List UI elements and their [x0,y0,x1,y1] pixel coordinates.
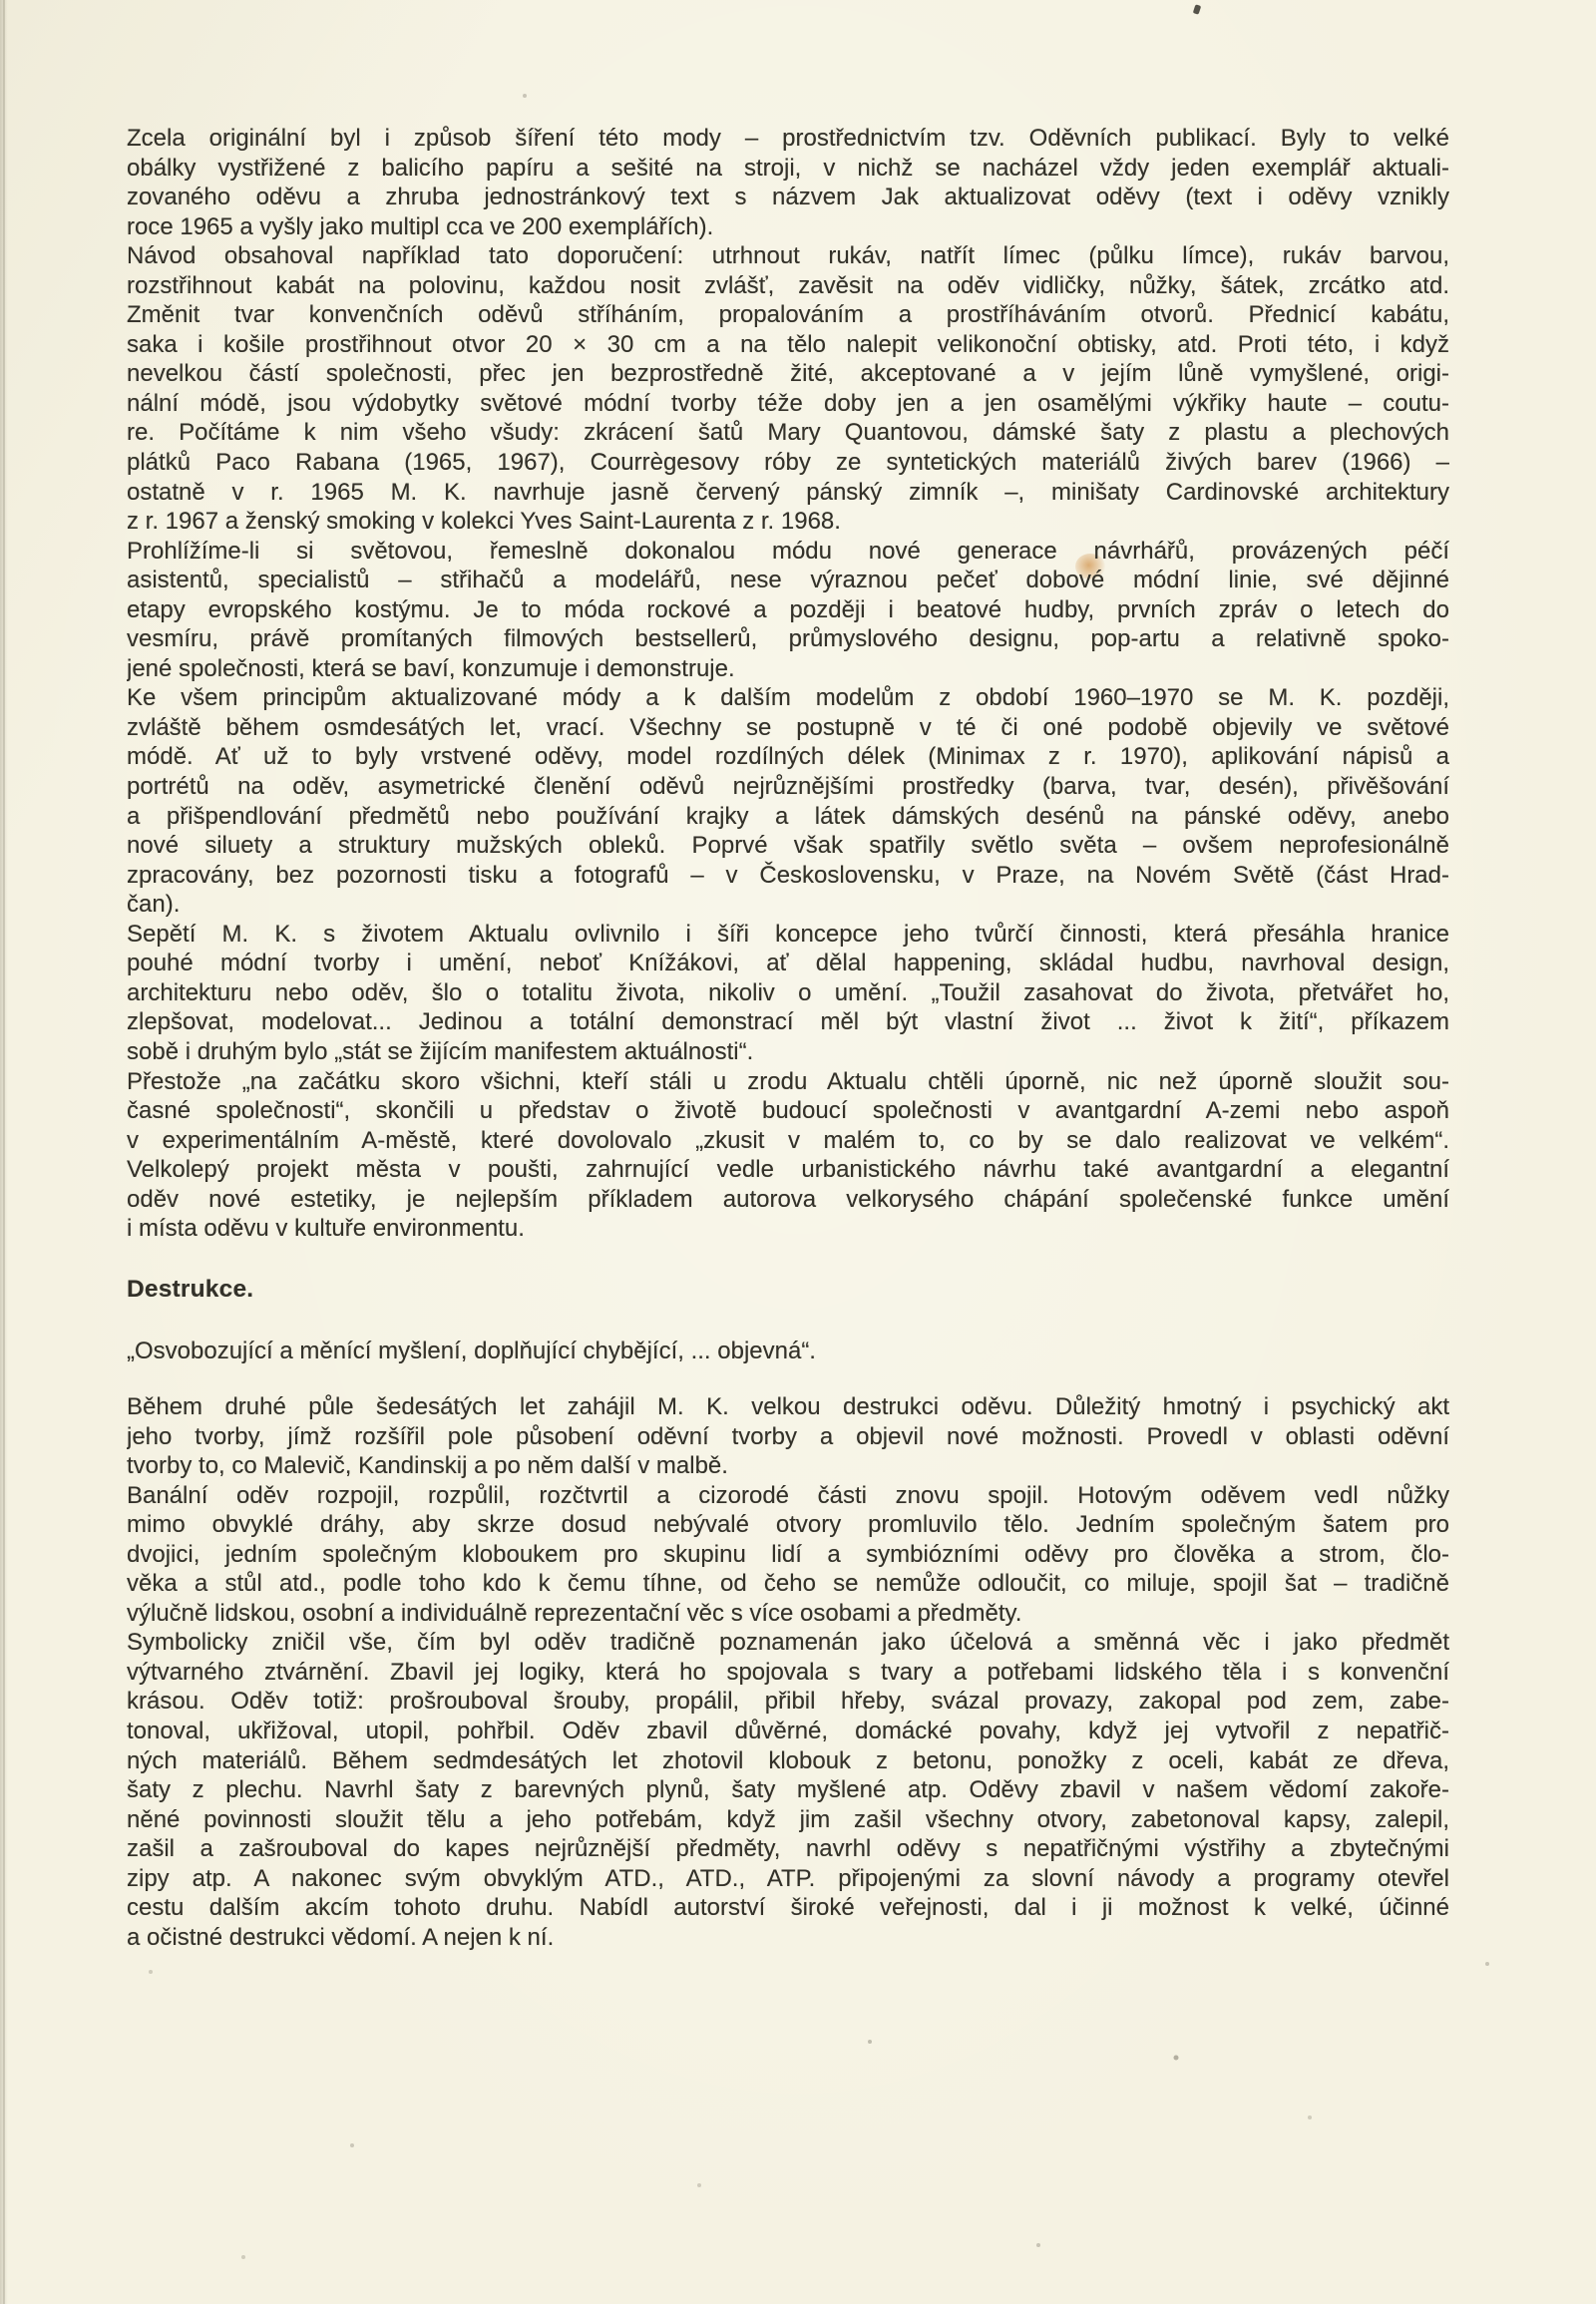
text-line: Zcela originální byl i způsob šíření tét… [127,124,1449,154]
text-line: módě. Ať už to byly vrstvené oděvy, mode… [127,742,1449,772]
text-line: z r. 1967 a ženský smoking v kolekci Yve… [127,507,1449,537]
text-line: portrétů na oděv, asymetrické členění od… [127,772,1449,802]
text-line: zovaného oděvu a zhruba jednostránkový t… [127,183,1449,212]
text-line: etapy evropského kostýmu. Je to móda roc… [127,595,1449,625]
text-line: zvláště během osmdesátých let, vrací. Vš… [127,713,1449,743]
text-line: asistentů, specialistů – střihačů a mode… [127,566,1449,595]
scan-speck [1193,4,1201,14]
text-line: nální módě, jsou výdobytky světové módní… [127,389,1449,419]
text-line: sobě i druhým bylo „stát se žijícím mani… [127,1037,1449,1067]
text-line: vesmíru, právě promítaných filmových bes… [127,624,1449,654]
text-line: šaty z plechu. Navrhl šaty z barevných p… [127,1775,1449,1805]
text-line: jené společnosti, která se baví, konzumu… [127,654,1449,684]
text-line: jeho tvorby, jímž rozšířil pole působení… [127,1422,1449,1452]
text-line: oděv nové estetiky, je nejlepším příklad… [127,1185,1449,1215]
text-line: Velkolepý projekt města v poušti, zahrnu… [127,1155,1449,1185]
text-line: Sepětí M. K. s životem Aktualu ovlivnilo… [127,920,1449,950]
text-line: krásou. Oděv totiž: prošrouboval šrouby,… [127,1687,1449,1717]
text-line: rozstřihnout kabát na polovinu, každou n… [127,271,1449,301]
scan-edge-line [3,0,5,2304]
destruction-text-block: Během druhé půle šedesátých let zahájil … [127,1392,1449,1952]
text-line: a přišpendlování předmětů nebo používání… [127,802,1449,832]
text-line: Prohlížíme-li si světovou, řemeslně doko… [127,537,1449,567]
text-line: a očistné destrukci vědomí. A nejen k ní… [127,1923,1449,1953]
text-line: Návod obsahoval například tato doporučen… [127,241,1449,271]
dust-specks [0,0,2,2]
text-line: časné společnosti“, skončili u představ … [127,1096,1449,1126]
text-line: ostatně v r. 1965 M. K. navrhuje jasně č… [127,478,1449,508]
text-line: cestu dalším akcím tohoto druhu. Nabídl … [127,1893,1449,1923]
text-line: zlepšovat, modelovat... Jedinou a totáln… [127,1007,1449,1037]
text-line: něné povinnosti sloužit tělu a jeho potř… [127,1805,1449,1835]
quote-block: „Osvobozující a měnící myšlení, doplňují… [127,1337,1449,1366]
text-line: v experimentálním A-městě, které dovolov… [127,1126,1449,1156]
section-heading: Destrukce. [127,1275,1449,1305]
text-line: Změnit tvar konvenčních oděvů stříháním,… [127,300,1449,330]
intro-text-block: Zcela originální byl i způsob šíření tét… [127,124,1449,1244]
text-line: roce 1965 a vyšly jako multipl cca ve 20… [127,212,1449,242]
text-line: Přestože „na začátku skoro všichni, kteř… [127,1067,1449,1097]
text-line: dvojici, jedním společným kloboukem pro … [127,1540,1449,1570]
section-heading-block: Destrukce. [127,1275,1449,1305]
scanned-page: Zcela originální byl i způsob šíření tét… [0,0,1596,2304]
quote-line: „Osvobozující a měnící myšlení, doplňují… [127,1337,1449,1366]
text-line: tvorby to, co Malevič, Kandinskij a po n… [127,1451,1449,1481]
text-line: Symbolicky zničil vše, čím byl oděv trad… [127,1628,1449,1658]
text-line: Banální oděv rozpojil, rozpůlil, rozčtvr… [127,1481,1449,1511]
text-line: architekturu nebo oděv, šlo o totalitu ž… [127,978,1449,1008]
text-line: plátků Paco Rabana (1965, 1967), Courrèg… [127,448,1449,478]
text-line: ných materiálů. Během sedmdesátých let z… [127,1746,1449,1776]
text-line: zašil a zašrouboval do kapes nejrůznější… [127,1834,1449,1864]
text-line: zipy atp. A nakonec svým obvyklým ATD., … [127,1864,1449,1894]
text-line: Během druhé půle šedesátých let zahájil … [127,1392,1449,1422]
text-line: Ke všem principům aktualizované módy a k… [127,683,1449,713]
text-line: věka a stůl atd., podle toho kdo k čemu … [127,1569,1449,1599]
text-line: čan). [127,890,1449,920]
text-line: pouhé módní tvorby i umění, neboť Knížák… [127,949,1449,978]
text-line: výtvarného ztvárnění. Zbavil jej logiky,… [127,1658,1449,1688]
text-line: mimo obvyklé dráhy, aby skrze dosud nebý… [127,1510,1449,1540]
text-line: výlučně lidskou, osobní a individuálně r… [127,1599,1449,1629]
text-line: tonoval, ukřižoval, utopil, pohřbil. Odě… [127,1717,1449,1746]
text-line: nové siluety a struktury mužských obleků… [127,831,1449,861]
text-line: re. Počítáme k nim všeho všudy: zkrácení… [127,418,1449,448]
text-line: obálky vystřižené z balicího papíru a se… [127,154,1449,184]
text-line: nevelkou částí společnosti, přec jen bez… [127,359,1449,389]
text-line: saka i košile prostřihnout otvor 20 × 30… [127,330,1449,360]
text-line: zpracovány, bez pozornosti tisku a fotog… [127,861,1449,891]
text-line: i místa oděvu v kultuře environmentu. [127,1214,1449,1244]
